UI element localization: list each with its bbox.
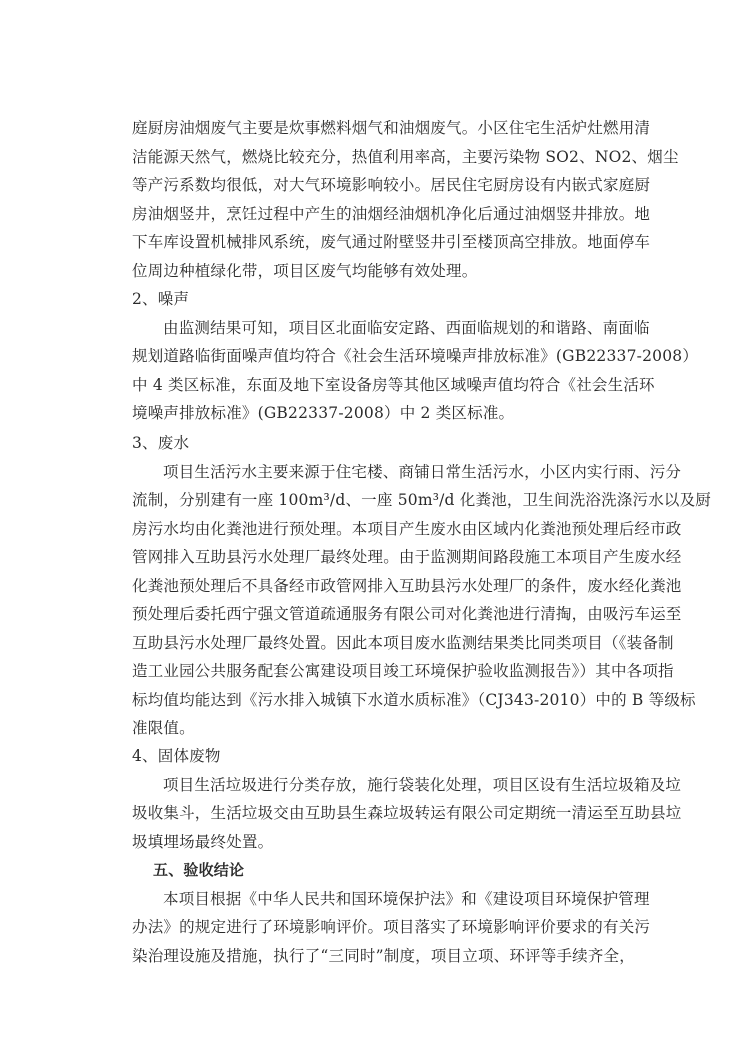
paragraph-line: 房油烟竖井，烹饪过程中产生的油烟经油烟机净化后通过油烟竖井排放。地: [132, 204, 632, 224]
paragraph-line: 洁能源天然气，燃烧比较充分，热值利用率高，主要污染物 SO2、NO2、烟尘: [132, 147, 632, 167]
paragraph-line: 规划道路临街面噪声值均符合《社会生活环境噪声排放标准》(GB22337-2008…: [132, 346, 632, 366]
paragraph-line: 庭厨房油烟废气主要是炊事燃料烟气和油烟废气。小区住宅生活炉灶燃用清: [132, 118, 632, 138]
paragraph-line: 预处理后委托西宁强文管道疏通服务有限公司对化粪池进行清掏，由吸污车运至: [132, 604, 632, 624]
paragraph-line: 房污水均由化粪池进行预处理。本项目产生废水由区域内化粪池预处理后经市政: [132, 519, 632, 539]
paragraph-line: 化粪池预处理后不具备经市政管网排入互助县污水处理厂的条件，废水经化粪池: [132, 576, 632, 596]
paragraph-line: 位周边种植绿化带，项目区废气均能够有效处理。: [132, 261, 632, 281]
section-heading-noise: 2、噪声: [132, 289, 632, 309]
paragraph-line: 流制，分别建有一座 100m³/d、一座 50m³/d 化粪池，卫生间洗浴洗涤污…: [132, 490, 632, 510]
paragraph-line: 下车库设置机械排风系统，废气通过附壁竖井引至楼顶高空排放。地面停车: [132, 232, 632, 252]
paragraph-line: 圾收集斗，生活垃圾交由互助县生森垃圾转运有限公司定期统一清运至互助县垃: [132, 803, 632, 823]
paragraph-line: 本项目根据《中华人民共和国环境保护法》和《建设项目环境保护管理: [163, 889, 632, 909]
document-page: 庭厨房油烟废气主要是炊事燃料烟气和油烟废气。小区住宅生活炉灶燃用清 洁能源天然气…: [0, 0, 750, 1060]
paragraph-line: 境噪声排放标准》(GB22337-2008）中 2 类区标准。: [132, 403, 632, 423]
paragraph-line: 项目生活垃圾进行分类存放，施行袋装化处理，项目区设有生活垃圾箱及垃: [163, 775, 632, 795]
section-heading-solid-waste: 4、固体废物: [132, 746, 632, 766]
section-heading-wastewater: 3、废水: [132, 433, 632, 453]
paragraph-line: 等产污系数均很低，对大气环境影响较小。居民住宅厨房设有内嵌式家庭厨: [132, 175, 632, 195]
paragraph-line: 管网排入互助县污水处理厂最终处理。由于监测期间路段施工本项目产生废水经: [132, 547, 632, 567]
paragraph-line: 造工业园公共服务配套公寓建设项目竣工环境保护验收监测报告》）其中各项指: [132, 661, 632, 681]
paragraph-line: 中 4 类区标准，东面及地下室设备房等其他区域噪声值均符合《社会生活环: [132, 375, 632, 395]
paragraph-line: 准限值。: [132, 718, 632, 738]
paragraph-line: 标均值均能达到《污水排入城镇下水道水质标准》（CJ343-2010）中的 B 等…: [132, 690, 632, 710]
paragraph-line: 染治理设施及措施，执行了“三同时”制度，项目立项、环评等手续齐全，: [132, 946, 632, 966]
paragraph-line: 互助县污水处理厂最终处置。因此本项目废水监测结果类比同类项目（《装备制: [132, 633, 632, 653]
paragraph-line: 项目生活污水主要来源于住宅楼、商铺日常生活污水，小区内实行雨、污分: [163, 462, 632, 482]
paragraph-line: 办法》的规定进行了环境影响评价。项目落实了环境影响评价要求的有关污: [132, 917, 632, 937]
paragraph-line: 圾填埋场最终处置。: [132, 832, 632, 852]
paragraph-line: 由监测结果可知，项目区北面临安定路、西面临规划的和谐路、南面临: [163, 318, 632, 338]
section-heading-conclusion: 五、验收结论: [153, 860, 653, 880]
